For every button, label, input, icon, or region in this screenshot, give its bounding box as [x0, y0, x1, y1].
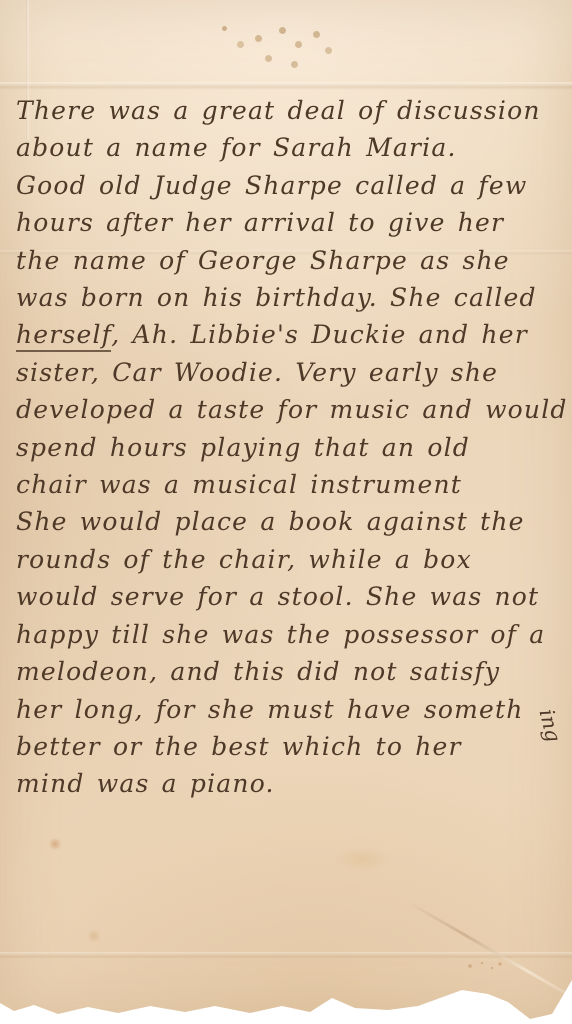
letter-line: herself, Ah. Libbie's Duckie and her	[16, 316, 564, 353]
fold-crease-diagonal	[405, 900, 572, 1008]
letter-line: melodeon, and this did not satisfy	[16, 653, 564, 690]
letter-body: There was a great deal of discussionabou…	[16, 92, 564, 803]
letter-line: chair was a musical instrument	[16, 466, 564, 503]
stain	[332, 846, 392, 872]
fold-crease-top	[0, 82, 572, 90]
letter-line: sister, Car Woodie. Very early she	[16, 354, 564, 391]
scan-background: There was a great deal of discussionabou…	[0, 0, 572, 1024]
letter-line: about a name for Sarah Maria.	[16, 129, 564, 166]
stain	[462, 958, 504, 974]
stain	[48, 838, 62, 850]
letter-line: happy till she was the possessor of a	[16, 616, 564, 653]
letter-page: There was a great deal of discussionabou…	[0, 0, 572, 1024]
letter-line: Good old Judge Sharpe called a few	[16, 167, 564, 204]
letter-line: rounds of the chair, while a box	[16, 541, 564, 578]
letter-line: was born on his birthday. She called	[16, 279, 564, 316]
letter-line: spend hours playing that an old	[16, 429, 564, 466]
letter-line: hours after her arrival to give her	[16, 204, 564, 241]
letter-line: mind was a piano.	[16, 765, 564, 802]
pinprick-marks	[222, 26, 227, 31]
letter-line: She would place a book against the	[16, 503, 564, 540]
letter-line: There was a great deal of discussion	[16, 92, 564, 129]
letter-line: developed a taste for music and would	[16, 391, 564, 428]
fold-crease-bottom	[0, 952, 572, 959]
underlined-word: herself	[16, 320, 111, 352]
stain	[86, 930, 102, 942]
letter-line: her long, for she must have something	[16, 691, 564, 728]
letter-line: the name of George Sharpe as she	[16, 242, 564, 279]
letter-line: better or the best which to her	[16, 728, 564, 765]
letter-line: would serve for a stool. She was not	[16, 578, 564, 615]
